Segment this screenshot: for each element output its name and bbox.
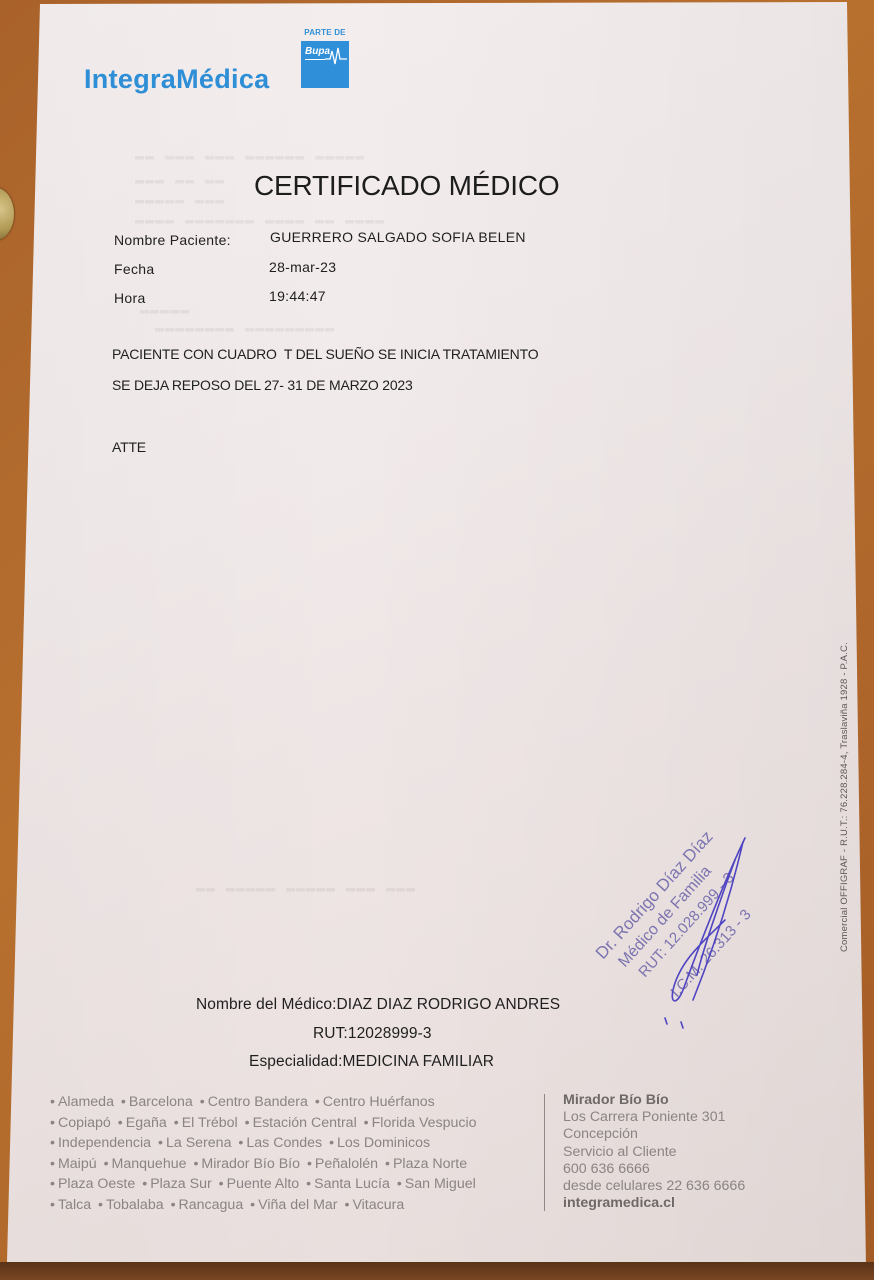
branch-name: Talca [58,1197,91,1213]
branch-name: El Trébol [182,1115,238,1131]
partner-prefix: PARTE DE [301,28,349,37]
branch-name: Vitacura [352,1197,404,1213]
bullet-icon: • [394,1176,405,1192]
patient-name-label: Nombre Paciente: [114,232,231,248]
integramedica-logo: IntegraMédica [84,64,269,95]
bullet-icon: • [382,1156,393,1172]
branch-name: Rancagua [179,1197,244,1213]
bullet-icon: • [101,1156,112,1172]
branch-row: •Plaza Oeste •Plaza Sur •Puente Alto •Sa… [50,1174,477,1195]
contact-branch-name: Mirador Bío Bío [563,1092,745,1109]
bullet-icon: • [304,1156,315,1172]
branch-name: Mirador Bío Bío [201,1156,300,1172]
branch-name: San Miguel [405,1176,476,1192]
contact-address: Los Carrera Poniente 301 [563,1109,745,1126]
bullet-icon: • [197,1094,208,1110]
bullet-icon: • [50,1135,58,1151]
branch-row: •Talca •Tobalaba •Rancagua •Viña del Mar… [50,1195,477,1216]
doctor-rut-label: RUT: [313,1025,348,1042]
bullet-icon: • [118,1094,129,1110]
branch-name: Alameda [58,1094,114,1110]
doctor-name-value: DIAZ DIAZ RODRIGO ANDRES [337,996,561,1013]
time-label: Hora [114,290,146,306]
branch-row: •Independencia •La Serena •Las Condes •L… [50,1133,477,1154]
bullet-icon: • [50,1115,58,1131]
branch-name: Tobalaba [106,1197,164,1213]
page-title: CERTIFICADO MÉDICO [254,170,559,202]
bupa-underline [305,59,325,60]
bullet-icon: • [361,1115,372,1131]
bullet-icon: • [50,1094,58,1110]
coin [0,188,14,240]
branch-name: La Serena [166,1135,231,1151]
bupa-logo: Bupa [301,41,349,88]
doctor-rut-value: 12028999-3 [348,1025,432,1042]
time-value: 19:44:47 [269,288,326,304]
bullet-icon: • [247,1197,258,1213]
branch-name: Maipú [58,1156,97,1172]
doctor-specialty-row: Especialidad:MEDICINA FAMILIAR [249,1053,494,1071]
show-through-text: ▬▬ ▬▬▬ ▬▬▬ ▬▬▬▬▬▬ ▬▬▬▬▬ [135,148,365,165]
bullet-icon: • [139,1176,150,1192]
doctor-rut-row: RUT:12028999-3 [313,1025,432,1043]
branch-name: Independencia [58,1135,151,1151]
show-through-text: ▬▬ ▬▬▬▬▬ ▬▬▬▬▬ ▬▬▬ ▬▬▬ [196,880,416,897]
diagnosis-line: PACIENTE CON CUADRO T DEL SUEÑO SE INICI… [112,346,538,362]
bullet-icon: • [216,1176,227,1192]
bullet-icon: • [242,1115,253,1131]
table-edge [0,1262,874,1280]
branch-name: Manquehue [112,1156,187,1172]
rest-period-line: SE DEJA REPOSO DEL 27- 31 DE MARZO 2023 [112,377,413,393]
bullet-icon: • [155,1135,166,1151]
branch-row: •Copiapó •Egaña •El Trébol •Estación Cen… [50,1113,477,1134]
doctor-name-row: Nombre del Médico:DIAZ DIAZ RODRIGO ANDR… [196,996,560,1014]
bullet-icon: • [171,1115,182,1131]
show-through-text: ▬▬▬▬ ▬▬▬▬▬▬▬ ▬▬▬▬ ▬▬ ▬▬▬▬ [135,212,385,229]
branch-row: •Maipú •Manquehue •Mirador Bío Bío •Peña… [50,1154,477,1175]
bullet-icon: • [115,1115,126,1131]
branch-name: Egaña [126,1115,167,1131]
bullet-icon: • [190,1156,201,1172]
show-through-text: ▬▬▬ ▬▬ ▬▬ [135,172,225,189]
branch-name: Plaza Norte [393,1156,467,1172]
bullet-icon: • [235,1135,246,1151]
show-through-text: ▬▬▬▬▬ [140,302,190,319]
bullet-icon: • [168,1197,179,1213]
branch-name: Centro Bandera [208,1094,308,1110]
branch-name: Florida Vespucio [372,1115,477,1131]
branch-name: Copiapó [58,1115,111,1131]
branch-name: Las Condes [246,1135,322,1151]
contact-block: Mirador Bío Bío Los Carrera Poniente 301… [563,1092,745,1212]
branch-name: Barcelona [129,1094,193,1110]
website-link[interactable]: integramedica.cl [563,1195,745,1212]
doctor-specialty-label: Especialidad: [249,1053,343,1070]
branch-list: •Alameda •Barcelona •Centro Bandera •Cen… [50,1092,477,1215]
branch-name: Plaza Sur [150,1176,212,1192]
bullet-icon: • [326,1135,337,1151]
bullet-icon: • [341,1197,352,1213]
doctor-name-label: Nombre del Médico: [196,996,337,1013]
branch-name: Puente Alto [227,1176,300,1192]
bullet-icon: • [50,1176,58,1192]
branch-name: Plaza Oeste [58,1176,135,1192]
branch-name: Los Dominicos [337,1135,430,1151]
show-through-text: ▬▬▬▬▬ ▬▬▬ [135,192,225,209]
bullet-icon: • [303,1176,314,1192]
contact-city: Concepción [563,1126,745,1143]
date-value: 28-mar-23 [269,259,336,275]
patient-name-value: GUERRERO SALGADO SOFIA BELEN [270,229,526,245]
contact-mobile-phone: desde celulares 22 636 6666 [563,1178,745,1195]
branch-name: Viña del Mar [258,1197,337,1213]
bullet-icon: • [50,1156,58,1172]
doctor-specialty-value: MEDICINA FAMILIAR [343,1053,495,1070]
closing-text: ATTE [112,439,146,455]
branch-name: Santa Lucía [314,1176,390,1192]
printer-imprint: Comercial OFFIGRAF - R.U.T.: 76.228.284-… [839,642,850,952]
branch-name: Estación Central [253,1115,357,1131]
branch-name: Peñalolén [315,1156,378,1172]
bullet-icon: • [95,1197,106,1213]
bullet-icon: • [50,1197,58,1213]
bullet-icon: • [312,1094,323,1110]
contact-phone: 600 636 6666 [563,1161,745,1178]
branch-row: •Alameda •Barcelona •Centro Bandera •Cen… [50,1092,477,1113]
contact-service-label: Servicio al Cliente [563,1144,745,1161]
heartbeat-icon [325,45,347,65]
date-label: Fecha [114,261,154,277]
branch-name: Centro Huérfanos [323,1094,435,1110]
footer-divider [544,1094,545,1211]
show-through-text: ▬▬▬▬▬▬▬▬ ▬▬▬▬▬▬▬▬▬ [155,320,335,337]
